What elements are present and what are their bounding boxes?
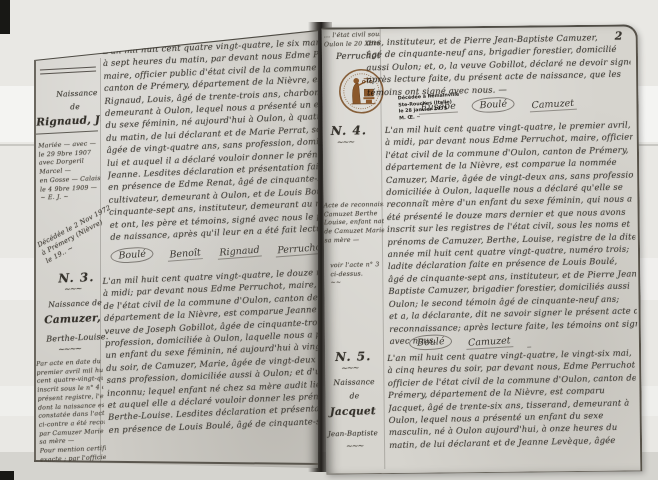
scanned-register-spread: N. 2. Naissance de Rignaud, Jeanne Marié… <box>0 0 658 480</box>
flourish: ∼∼∼∼ <box>58 344 81 354</box>
entry2-body-text: L'an mil huit cent quatre vingt-quatre, … <box>102 36 326 243</box>
death-stamp-note: Décédée à RemainvilleSte-Rouches (Italie… <box>398 93 461 123</box>
margin-name-2: Jean-Baptiste <box>328 429 378 438</box>
margin-name: Rignaud, Jeanne <box>36 114 100 129</box>
margin-name: Jacquet <box>330 405 376 418</box>
recognition-margin-note: Par acte en date dupremier avril mil hui… <box>36 358 106 465</box>
scan-edge-artifact <box>0 0 10 34</box>
entry3-body-text: L'an mil huit cent quatre vingt-quatre, … <box>102 266 325 436</box>
signature <box>527 346 531 347</box>
entry3-continuation-text: ans, instituteur, et de Pierre Jean-Bapt… <box>366 30 631 98</box>
flourish: ∼∼∼ <box>64 284 81 294</box>
signature: Rignaud <box>217 244 262 259</box>
flourish: ∼∼∼ <box>346 441 363 450</box>
margin-title: Naissance <box>56 88 98 99</box>
right-page: 2 ... l'état civil soussigné —Oulon le 2… <box>322 24 643 474</box>
scan-edge-artifact <box>0 471 14 480</box>
signature: Boulé <box>110 246 155 264</box>
signature: Camuzet <box>529 98 576 113</box>
entry5-body-text: L'an mil huit cent quatre vingt-quatre, … <box>387 346 637 451</box>
entry-underline <box>40 67 96 75</box>
marriage-margin-note: Mariée — avec —le 29 9bre 1907avec Dorge… <box>38 140 102 203</box>
signature: Boulé <box>409 334 453 351</box>
entry4-body-text: L'an mil huit cent quatre vingt-quatre, … <box>385 118 638 347</box>
fiscal-stamp-icon <box>338 68 384 114</box>
signature: Benoît <box>168 247 204 262</box>
entry2-signatures: Boulé Benoît Rignaud Perruchot <box>110 240 314 264</box>
entry4-margin-note: Acte de reconnaissance deCamuzet BertheL… <box>324 201 385 246</box>
name-underline <box>36 130 98 134</box>
margin-title: Naissance <box>333 377 375 387</box>
margin-title: de <box>349 391 359 400</box>
entry-number-4: N. 4. <box>331 123 367 138</box>
margin-title: Naissance de <box>48 298 102 309</box>
signature: Boulé <box>471 96 515 113</box>
left-page: N. 2. Naissance de Rignaud, Jeanne Marié… <box>34 30 318 468</box>
signature: Camuzet <box>466 335 513 350</box>
margin-name: Camuzer, <box>44 312 101 326</box>
flourish: ∼∼∼ <box>337 137 354 146</box>
flourish: ∼∼∼ <box>341 363 358 372</box>
entry-number-2: N. 2. <box>44 38 83 55</box>
margin-title: de <box>70 102 80 111</box>
entry4-margin-note-ref: voir l'acte n° 3ci-dessus.∼∼ <box>330 261 385 288</box>
entry-number-5: N. 5. <box>335 349 371 364</box>
death-margin-note: Décédée le 2 Nov 1972à Prémery (Nièvre)l… <box>36 204 121 266</box>
